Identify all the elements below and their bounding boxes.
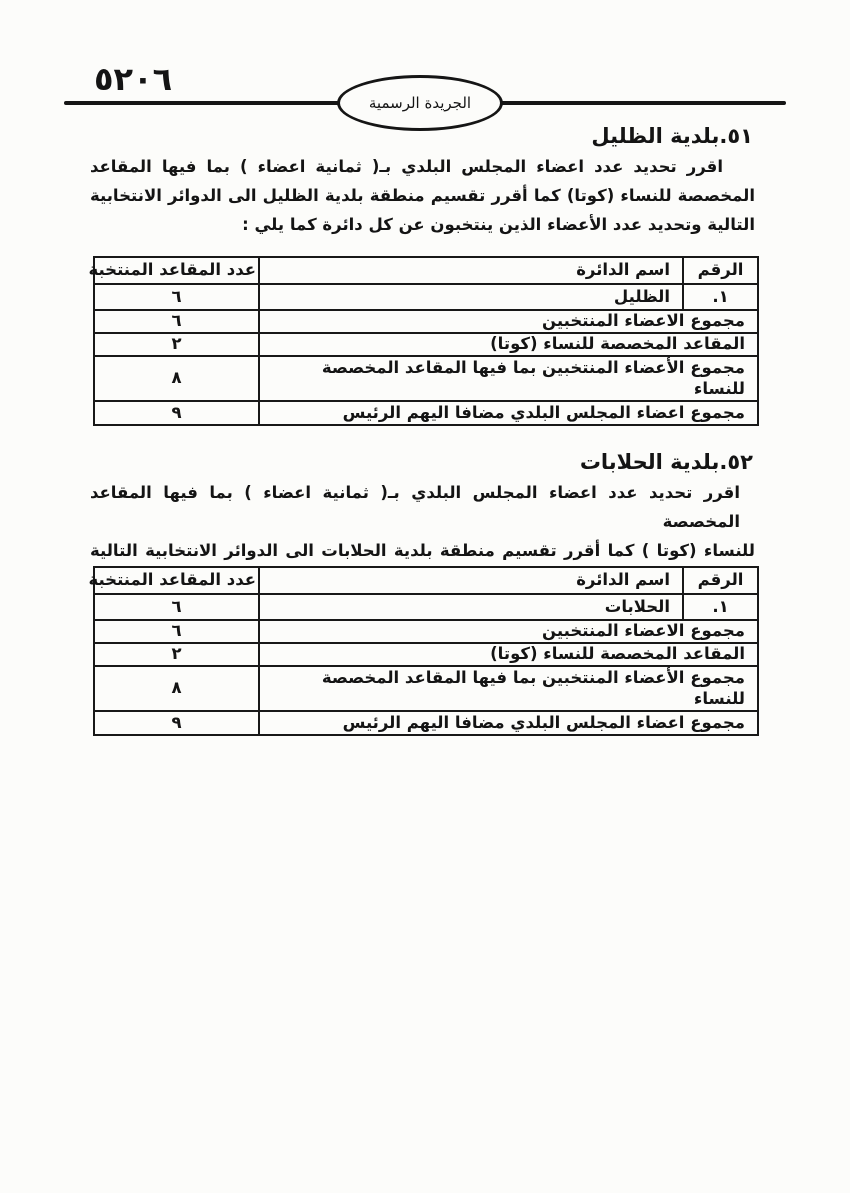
paragraph-line: التالية وتحديد عدد الأعضاء الذين ينتخبون… [90, 210, 755, 239]
col-header-seats: عدد المقاعد المنتخبة [94, 257, 259, 284]
gazette-emblem: الجريدة الرسمية [337, 75, 503, 131]
summary-label: مجموع الأعضاء المنتخبين بما فيها المقاعد… [259, 356, 758, 401]
summary-label: المقاعد المخصصة للنساء (كوتا) [259, 643, 758, 666]
summary-value: ٢ [94, 333, 259, 356]
summary-label: مجموع الاعضاء المنتخبين [259, 620, 758, 643]
district-seats: ٦ [94, 284, 259, 310]
col-header-district: اسم الدائرة [259, 567, 683, 594]
col-header-district: اسم الدائرة [259, 257, 683, 284]
col-header-index: الرقم [683, 567, 758, 594]
district-index: ١. [683, 284, 758, 310]
gazette-page: ٥٢٠٦ الجريدة الرسمية ٥١.بلدية الظليل اقر… [0, 0, 850, 1193]
table-header-row: الرقم اسم الدائرة عدد المقاعد المنتخبة [94, 567, 758, 594]
table-header-row: الرقم اسم الدائرة عدد المقاعد المنتخبة [94, 257, 758, 284]
summary-label: مجموع اعضاء المجلس البلدي مضافا اليهم ال… [259, 711, 758, 735]
summary-value: ٩ [94, 401, 259, 425]
summary-label: مجموع اعضاء المجلس البلدي مضافا اليهم ال… [259, 401, 758, 425]
gazette-title: الجريدة الرسمية [369, 94, 471, 112]
paragraph-line: اقرر تحديد عدد اعضاء المجلس البلدي بـ( ث… [90, 478, 755, 536]
table-row: مجموع الاعضاء المنتخبين ٦ [94, 620, 758, 643]
district-name: الظليل [259, 284, 683, 310]
district-table-dhulail: الرقم اسم الدائرة عدد المقاعد المنتخبة ١… [93, 256, 759, 426]
summary-value: ٦ [94, 310, 259, 333]
table-row: مجموع الأعضاء المنتخبين بما فيها المقاعد… [94, 356, 758, 401]
summary-value: ٨ [94, 666, 259, 711]
table-row: المقاعد المخصصة للنساء (كوتا) ٢ [94, 643, 758, 666]
summary-label: المقاعد المخصصة للنساء (كوتا) [259, 333, 758, 356]
table-row: مجموع الأعضاء المنتخبين بما فيها المقاعد… [94, 666, 758, 711]
table-row: مجموع اعضاء المجلس البلدي مضافا اليهم ال… [94, 401, 758, 425]
table-row: مجموع اعضاء المجلس البلدي مضافا اليهم ال… [94, 711, 758, 735]
paragraph-line: المخصصة للنساء (كوتا) كما أقرر تقسيم منط… [90, 181, 755, 210]
col-header-seats: عدد المقاعد المنتخبة [94, 567, 259, 594]
summary-value: ٦ [94, 620, 259, 643]
paragraph-line: اقرر تحديد عدد اعضاء المجلس البلدي بـ( ث… [90, 152, 755, 181]
decree-paragraph-dhulail: اقرر تحديد عدد اعضاء المجلس البلدي بـ( ث… [90, 152, 755, 239]
page-number: ٥٢٠٦ [94, 60, 172, 98]
district-index: ١. [683, 594, 758, 620]
table-row: المقاعد المخصصة للنساء (كوتا) ٢ [94, 333, 758, 356]
summary-label: مجموع الأعضاء المنتخبين بما فيها المقاعد… [259, 666, 758, 711]
district-seats: ٦ [94, 594, 259, 620]
district-table-hallabat: الرقم اسم الدائرة عدد المقاعد المنتخبة ١… [93, 566, 759, 736]
section-heading-dhulail: ٥١.بلدية الظليل [591, 124, 753, 148]
summary-value: ٢ [94, 643, 259, 666]
district-name: الحلابات [259, 594, 683, 620]
table-row: مجموع الاعضاء المنتخبين ٦ [94, 310, 758, 333]
col-header-index: الرقم [683, 257, 758, 284]
summary-value: ٨ [94, 356, 259, 401]
table-row: ١. الظليل ٦ [94, 284, 758, 310]
table-row: ١. الحلابات ٦ [94, 594, 758, 620]
summary-label: مجموع الاعضاء المنتخبين [259, 310, 758, 333]
summary-value: ٩ [94, 711, 259, 735]
section-heading-hallabat: ٥٢.بلدية الحلابات [580, 450, 753, 474]
